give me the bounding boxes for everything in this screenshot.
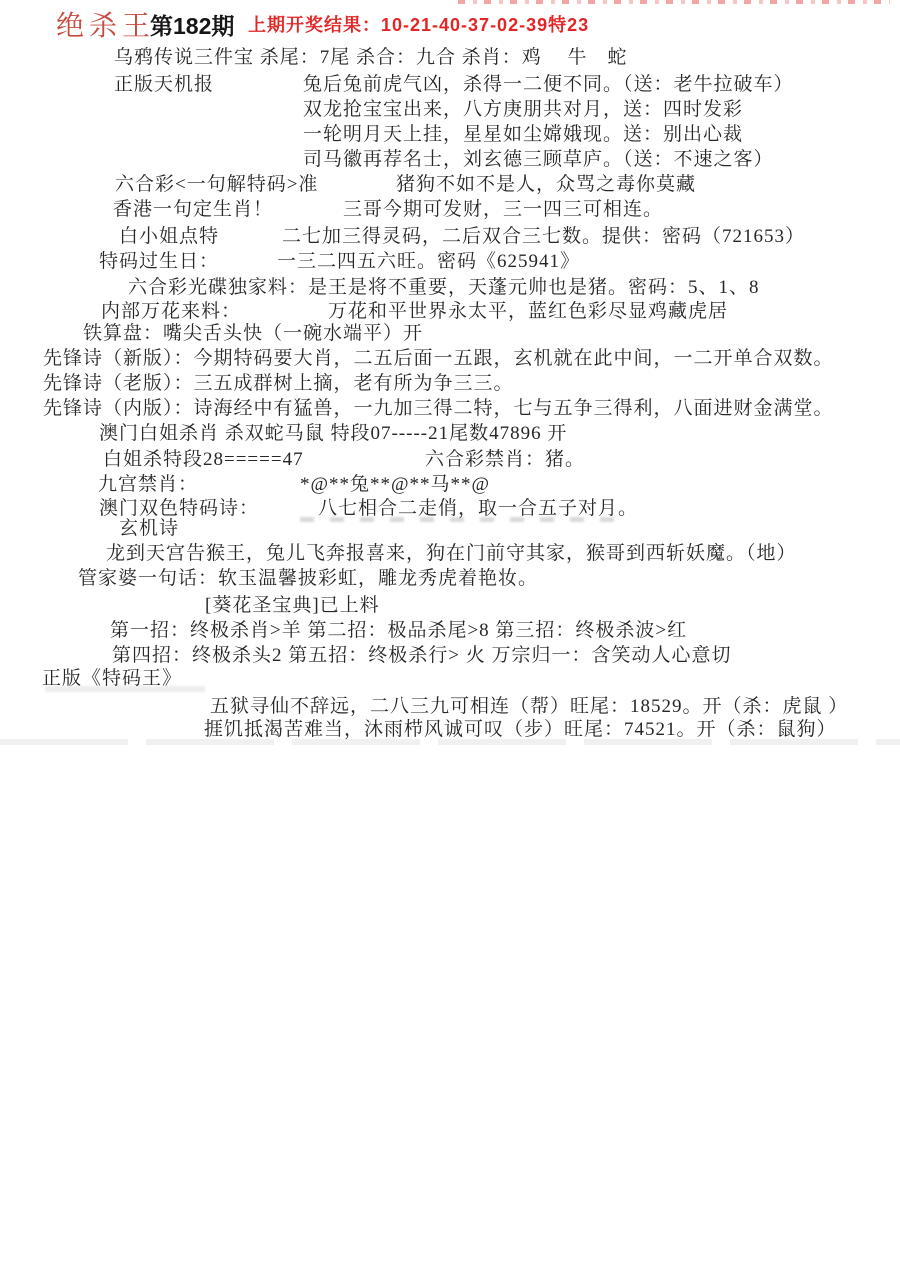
line-guanjiapo: 管家婆一句话：软玉温馨披彩虹，雕龙秀虎着艳妆。 xyxy=(0,563,900,587)
line-text: 先锋诗（新版）：今期特码要大肖，二五后面一五跟，玄机就在此中间，一二开单合双数。 xyxy=(43,343,834,370)
line-text: 第一招：终极杀肖>羊 第二招：极品杀尾>8 第三招：终极杀波>红 xyxy=(110,615,687,642)
line-temawang-poem-2: 捱饥抵渴苦难当，沐雨栉风诚可叹（步）旺尾：74521。开（杀：鼠狗） xyxy=(0,714,900,738)
line-moves-4-5: 第四招：终极杀头2 第五招：终极杀行> 火 万宗归一：含笑动人心意切 xyxy=(0,640,900,664)
line-text: 正版《特码王》 xyxy=(42,663,182,690)
line-text: 一三二四五六旺。密码《625941》 xyxy=(277,246,580,273)
line-tiesuanpan: 铁算盘：嘴尖舌头快（一碗水端平）开 xyxy=(0,318,900,342)
line-jiugong: 九宫禁肖：*@**兔**@**马**@ xyxy=(0,469,900,493)
line-macau-baijie: 澳门白姐杀肖 杀双蛇马鼠 特段07-----21尾数47896 开 xyxy=(0,418,900,442)
line-wanhua: 内部万花来料：万花和平世界永太平，蓝红色彩尽显鸡藏虎居 xyxy=(0,296,900,320)
brand-title: 绝杀王 xyxy=(56,4,155,44)
line-text: 六合彩光碟独家料：是王是将不重要，天蓬元帅也是猪。密码：5、1、8 xyxy=(128,272,760,299)
line-text: 一轮明月天上挂，星星如尘嫦娥现。送：别出心裁 xyxy=(303,119,743,146)
line-tianjibao: 正版天机报兔后兔前虎气凶，杀得一二便不同。（送：老牛拉破车） xyxy=(0,69,900,93)
line-text: 司马徽再荐名士，刘玄德三顾草庐。（送：不速之客） xyxy=(303,144,774,171)
line-text: 玄机诗 xyxy=(119,513,179,540)
last-draw-result: 上期开奖结果：10-21-40-37-02-39特23 xyxy=(248,11,589,37)
line-kuihua-heading: [葵花圣宝典]已上料 xyxy=(0,590,900,614)
line-text: *@**兔**@**马**@ xyxy=(300,469,490,496)
cropped-red-text-artifact xyxy=(458,0,890,4)
line-text: 双龙抢宝宝出来，八方庚朋共对月，送：四时发彩 xyxy=(303,94,743,121)
line-pioneer-inner: 先锋诗（内版）：诗海经中有猛兽，一九加三得二特，七与五争三得利，八面进财金满堂。 xyxy=(0,393,900,417)
line-tianjibao-3: 一轮明月天上挂，星星如尘嫦娥现。送：别出心裁 xyxy=(0,119,900,143)
line-baixiaojie: 白小姐点特二七加三得灵码，二后双合三七数。提供：密码（721653） xyxy=(0,221,900,245)
line-text: [葵花圣宝典]已上料 xyxy=(205,590,380,617)
issue-number: 第182期 xyxy=(150,8,234,41)
line-one-sentence-code: 六合彩<一句解特码>准猪狗不如不是人，众骂之毒你莫藏 xyxy=(0,169,900,193)
line-text: 先锋诗（老版）：三五成群树上摘，老有所为争三三。 xyxy=(43,368,514,395)
line-tianjibao-2: 双龙抢宝宝出来，八方庚朋共对月，送：四时发彩 xyxy=(0,94,900,118)
section-label: 香港一句定生肖！ xyxy=(113,194,273,221)
line-three-treasures: 乌鸦传说三件宝 杀尾：7尾 杀合：九合 杀肖：鸡 牛 蛇 xyxy=(0,42,900,66)
line-pioneer-old: 先锋诗（老版）：三五成群树上摘，老有所为争三三。 xyxy=(0,368,900,392)
line-temawang-heading: 正版《特码王》 xyxy=(0,663,900,687)
section-label: 九宫禁肖： xyxy=(98,469,198,496)
section-label: 特码过生日： xyxy=(99,246,219,273)
line-cd-exclusive: 六合彩光碟独家料：是王是将不重要，天蓬元帅也是猪。密码：5、1、8 xyxy=(0,272,900,296)
line-text: 猪狗不如不是人，众骂之毒你莫藏 xyxy=(396,169,696,196)
line-temawang-poem-1: 五狱寻仙不辞远，二八三九可相连（帮）旺尾：18529。开（杀：虎鼠 ） xyxy=(0,691,900,715)
section-label: 白小姐点特 xyxy=(119,221,219,248)
line-moves-1-3: 第一招：终极杀肖>羊 第二招：极品杀尾>8 第三招：终极杀波>红 xyxy=(0,615,900,639)
section-label: 六合彩<一句解特码>准 xyxy=(115,169,318,196)
line-xuanji-poem: 龙到天宫告猴王，兔儿飞奔报喜来，狗在门前守其家，猴哥到西斩妖魔。（地） xyxy=(0,538,900,562)
line-text: 六合彩禁肖：猪。 xyxy=(425,444,585,471)
line-xuanji-heading: 玄机诗 xyxy=(0,513,900,537)
line-text: 二七加三得灵码，二后双合三七数。提供：密码（721653） xyxy=(282,221,805,248)
line-birthday-code: 特码过生日：一三二四五六旺。密码《625941》 xyxy=(0,246,900,270)
line-text: 龙到天宫告猴王，兔儿飞奔报喜来，狗在门前守其家，猴哥到西斩妖魔。（地） xyxy=(106,538,797,565)
lottery-tips-page: 绝杀王 第182期 上期开奖结果：10-21-40-37-02-39特23 乌鸦… xyxy=(0,0,900,1283)
line-text: 管家婆一句话：软玉温馨披彩虹，雕龙秀虎着艳妆。 xyxy=(78,563,538,590)
line-text: 铁算盘：嘴尖舌头快（一碗水端平）开 xyxy=(83,318,423,345)
line-text: 兔后兔前虎气凶，杀得一二便不同。（送：老牛拉破车） xyxy=(303,69,794,96)
line-text: 三哥今期可发财，三一四三可相连。 xyxy=(343,194,663,221)
line-kill-segment: 白姐杀特段28=====47六合彩禁肖：猪。 xyxy=(0,444,900,468)
line-text: 先锋诗（内版）：诗海经中有猛兽，一九加三得二特，七与五争三得利，八面进财金满堂。 xyxy=(43,393,834,420)
line-pioneer-new: 先锋诗（新版）：今期特码要大肖，二五后面一五跟，玄机就在此中间，一二开单合双数。 xyxy=(0,343,900,367)
section-label: 白姐杀特段28=====47 xyxy=(103,444,304,471)
line-text: 乌鸦传说三件宝 杀尾：7尾 杀合：九合 杀肖：鸡 牛 蛇 xyxy=(114,42,628,69)
section-label: 正版天机报 xyxy=(114,69,214,96)
line-hk-zodiac: 香港一句定生肖！三哥今期可发财，三一四三可相连。 xyxy=(0,194,900,218)
line-tianjibao-4: 司马徽再荐名士，刘玄德三顾草庐。（送：不速之客） xyxy=(0,144,900,168)
line-text: 捱饥抵渴苦难当，沐雨栉风诚可叹（步）旺尾：74521。开（杀：鼠狗） xyxy=(204,714,837,741)
line-text: 澳门白姐杀肖 杀双蛇马鼠 特段07-----21尾数47896 开 xyxy=(99,418,567,445)
